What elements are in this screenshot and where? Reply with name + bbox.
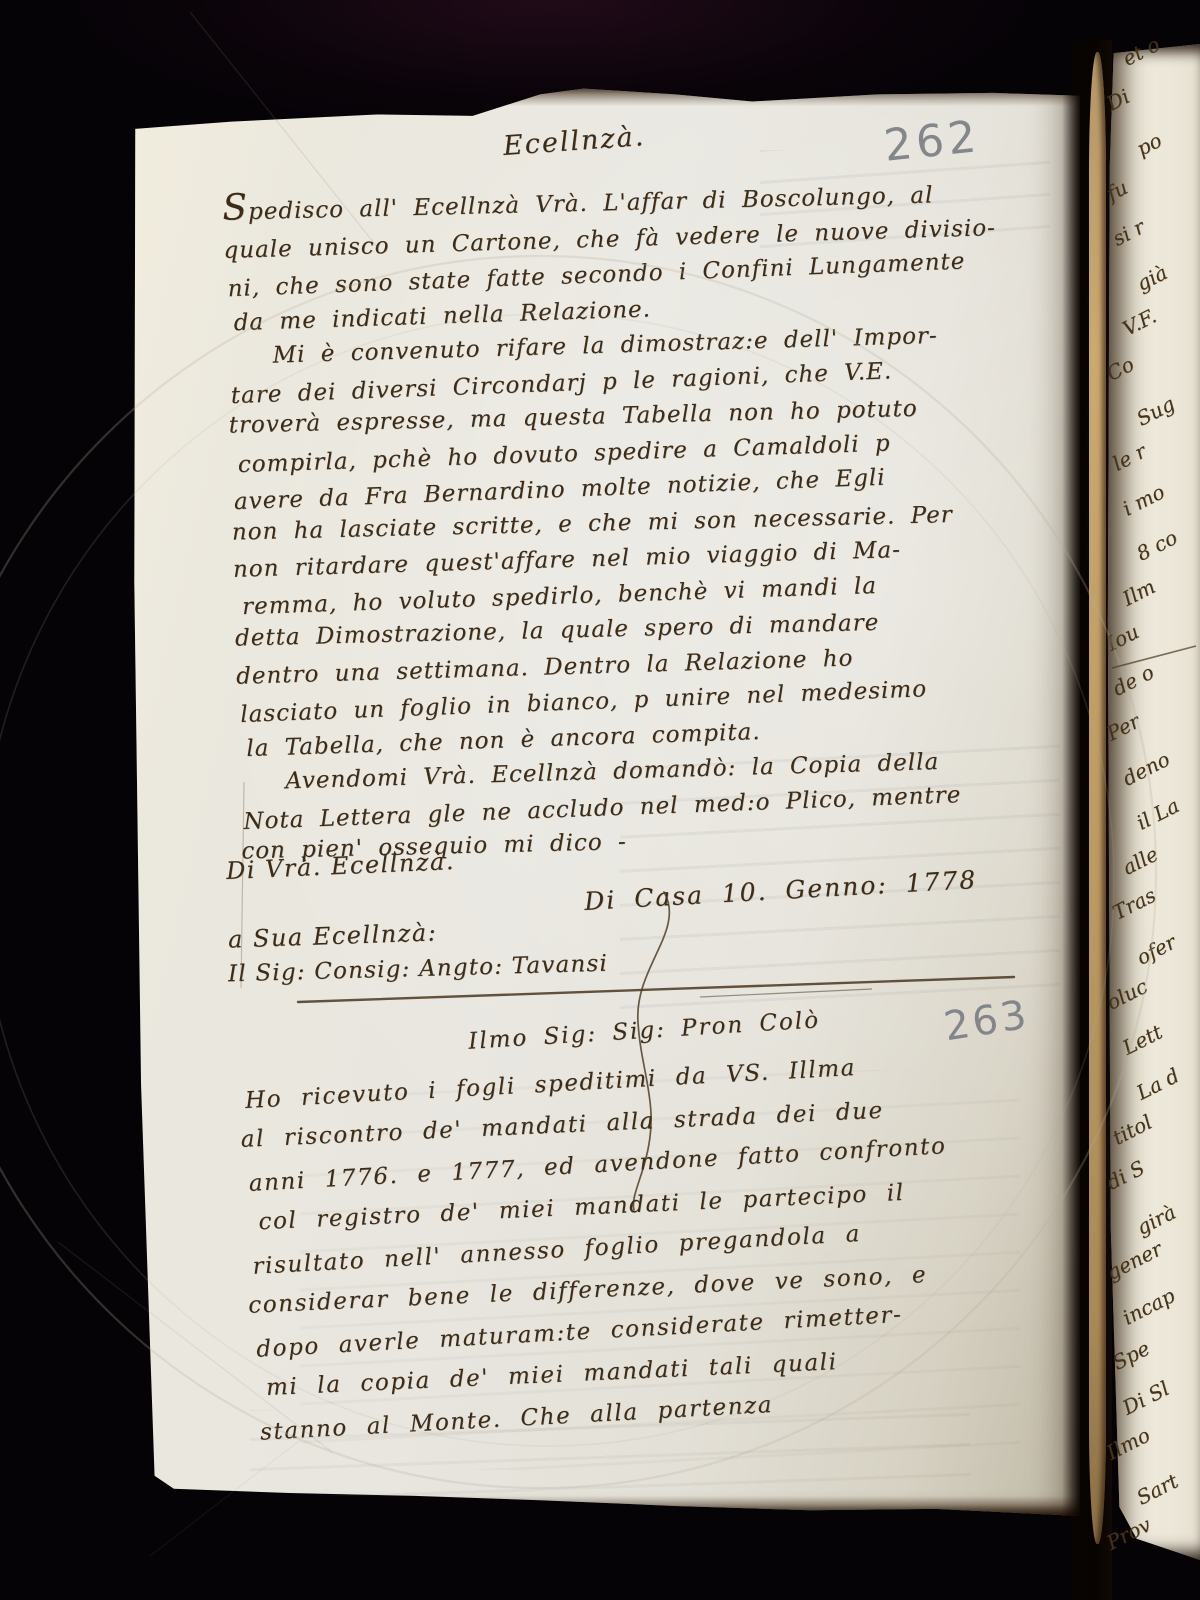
- page-left-edge: [116, 80, 142, 1516]
- right-page-text-column: et oDipofusi rgiàV.F.CoSugle ri mo8 coIl…: [1108, 48, 1200, 1556]
- book-photo: { "colors": { "ink": "#3c2b17", "pencil"…: [0, 0, 1200, 1600]
- letter2-body: Ho ricevuto i fogli speditimi da VS. Ill…: [238, 1043, 1024, 1451]
- page-bottom-burned-edge: [116, 1496, 1080, 1516]
- right-page-text-fragment: Lett: [1119, 1004, 1198, 1060]
- letter1-body: Spedisco all' Ecellnzà Vrà. L'affar di B…: [222, 173, 1098, 873]
- right-page-text-fragment: Di: [1103, 53, 1196, 116]
- folio-number-262: 262: [882, 111, 983, 172]
- right-page-text-fragment: già: [1133, 246, 1199, 296]
- right-page-text-fragment: Co: [1103, 322, 1196, 385]
- right-page-text-fragment: Tras: [1109, 865, 1197, 925]
- right-page-text-fragment: Ilmo: [1103, 1402, 1196, 1465]
- right-page-text-fragment: deno: [1119, 734, 1198, 790]
- right-page-text-fragment: i mo: [1119, 464, 1198, 520]
- page-top-burned-edge: [116, 80, 1080, 106]
- right-page-text-fragment: 8 co: [1133, 516, 1199, 566]
